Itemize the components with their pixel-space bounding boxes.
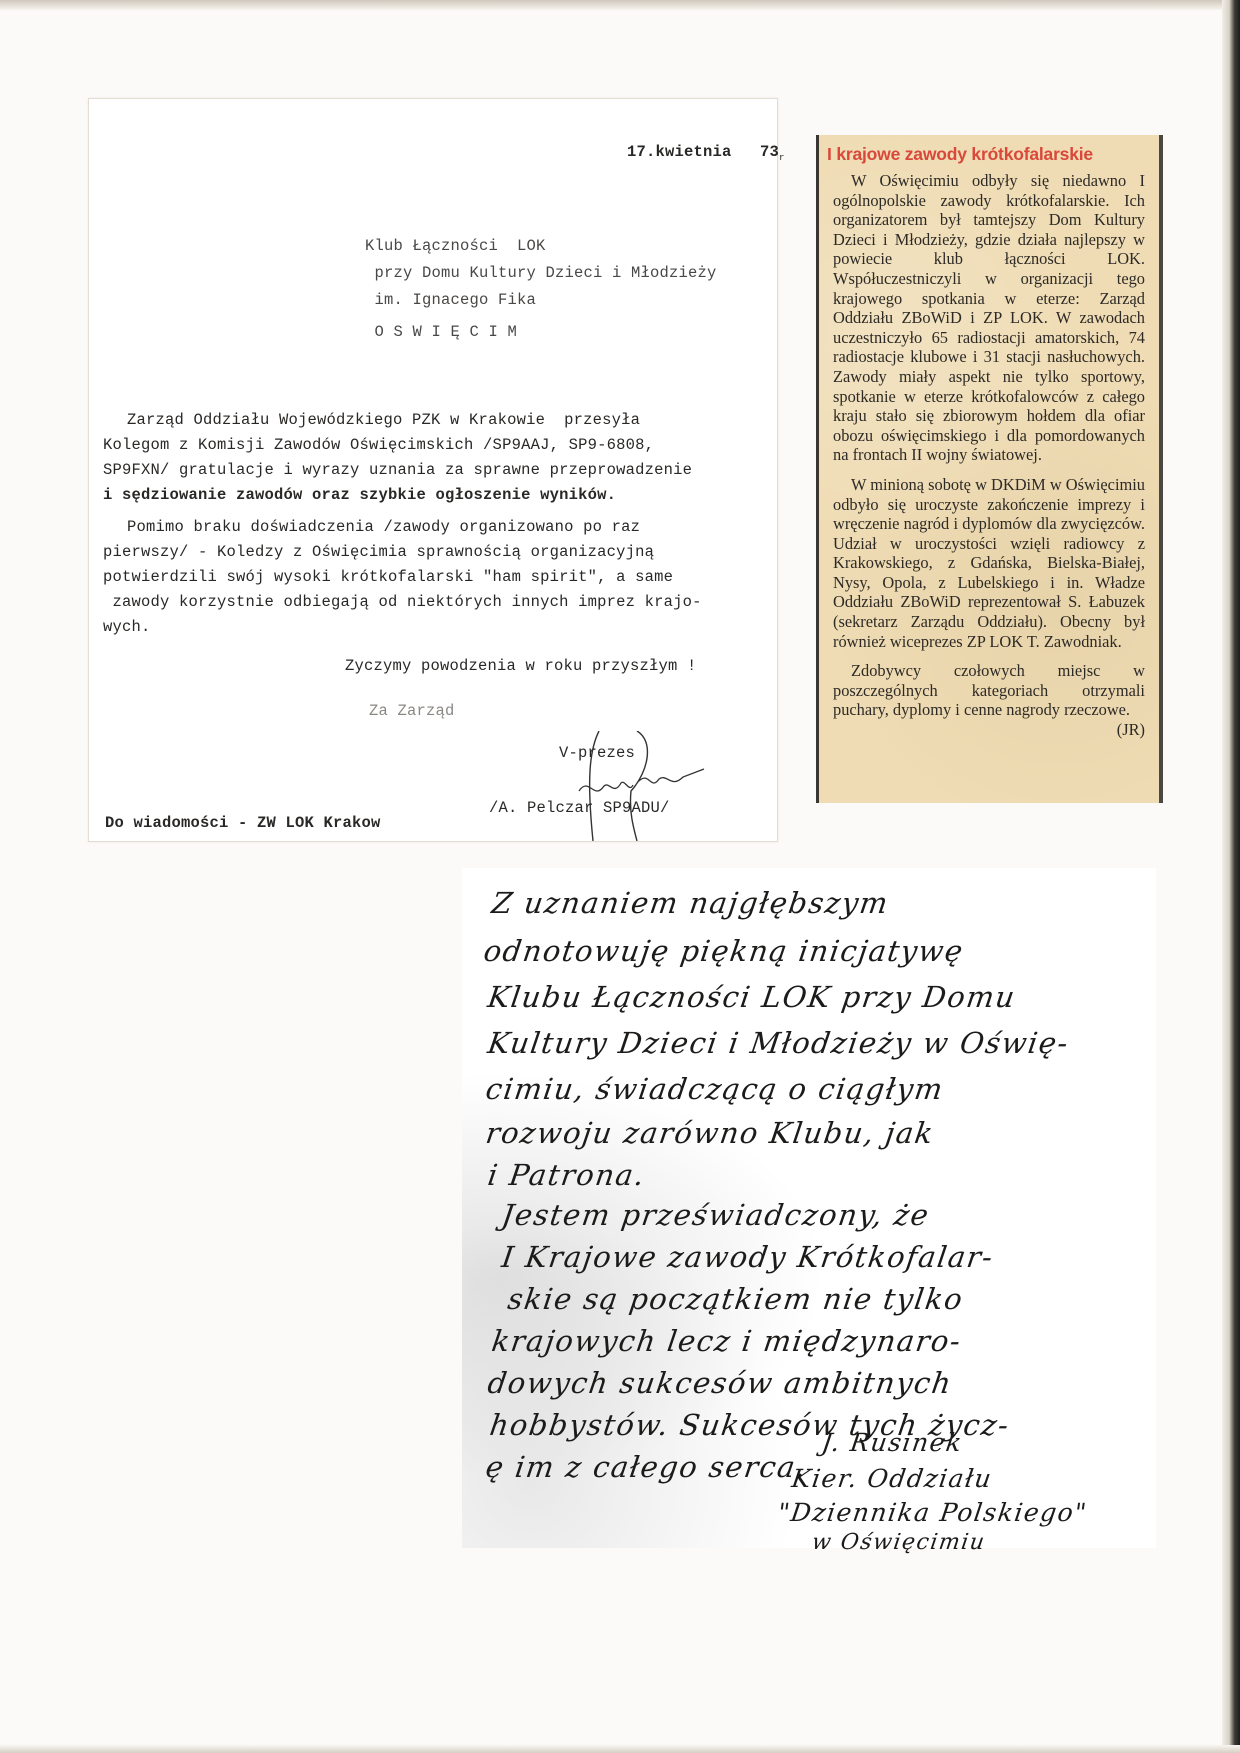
clipping-author: (JR) (1099, 720, 1145, 740)
addressee-line-1: Klub Łączności LOK (365, 237, 546, 255)
letter-body-line-8: zawody korzystnie odbiegają od niektóryc… (103, 593, 775, 611)
newspaper-clipping: I krajowe zawody krótkofalarskie W Oświę… (816, 135, 1163, 803)
note-line-14: ę im z całego serca. (484, 1450, 810, 1484)
note-signer-org: "Dziennika Polskiego" (776, 1498, 1089, 1527)
letter-body-line-4: i sędziowanie zawodów oraz szybkie ogłos… (103, 486, 775, 504)
note-line-12: dowych sukcesów ambitnych (486, 1366, 955, 1400)
note-line-11: krajowych lecz i międzynaro- (490, 1324, 964, 1358)
note-line-8: Jestem przeświadczony, że (500, 1198, 932, 1232)
clipping-paragraph-3-text: Zdobywcy czołowych miejsc w poszczególny… (833, 661, 1145, 719)
note-line-2: odnotowuję piękną inicjatywę (482, 934, 966, 968)
letter-date-text: 17.kwietnia 73 (627, 143, 779, 161)
page-edge-top (0, 0, 1240, 10)
note-signer-role: Kier. Oddziału (790, 1464, 994, 1493)
addressee-line-2: przy Domu Kultury Dzieci i Młodzieży (365, 264, 717, 282)
clipping-headline: I krajowe zawody krótkofalarskie (827, 145, 1157, 165)
letter-body-line-5: Pomimo braku doświadczenia /zawody organ… (89, 518, 761, 536)
page-edge-bottom (0, 1745, 1240, 1753)
letter-body-line-3: SP9FXN/ gratulacje i wyrazy uznania za s… (103, 461, 775, 479)
letter-closing: Zyczymy powodzenia w roku przyszłym ! (345, 657, 697, 675)
clipping-column: W Oświęcimiu odbyły się niedawno I ogóln… (833, 171, 1145, 740)
clipping-paragraph-2: W minioną sobotę w DKDiM w Oświęcimiu od… (833, 475, 1145, 651)
letter-for-board: Za Zarząd (369, 702, 455, 720)
handwritten-note: Z uznaniem najgłębszym odnotowuję piękną… (462, 868, 1156, 1548)
letter-cc: Do wiadomości - ZW LOK Krakow (105, 814, 381, 832)
letter-body-line-2: Kolegom z Komisji Zawodów Oświęcimskich … (103, 436, 775, 454)
note-line-7: i Patrona. (486, 1158, 648, 1192)
note-line-9: I Krajowe zawody Krótkofalar- (500, 1240, 996, 1274)
note-line-5: cimiu, świadczącą o ciągłym (484, 1072, 946, 1106)
note-line-3: Klubu Łączności LOK przy Domu (486, 980, 1018, 1014)
note-line-4: Kultury Dzieci i Młodzieży w Oświę- (486, 1026, 1072, 1060)
addressee-line-3: im. Ignacego Fika (365, 291, 536, 309)
letter-body-line-7: potwierdzili swój wysoki krótkofalarski … (103, 568, 775, 586)
letter-body-line-6: pierwszy/ - Koledzy z Oświęcimia sprawno… (103, 543, 775, 561)
note-line-1: Z uznaniem najgłębszym (490, 886, 892, 920)
addressee-city: O S W I Ę C I M (365, 323, 517, 341)
clipping-paragraph-3: Zdobywcy czołowych miejsc w poszczególny… (833, 661, 1145, 720)
note-signer-name: J. Rusinek (820, 1428, 965, 1457)
typed-letter: 17.kwietnia 73r Klub Łączności LOK przy … (88, 98, 778, 842)
letter-signer-name: /A. Pelczar SP9ADU/ (489, 799, 670, 817)
note-line-10: skie są początkiem nie tylko (506, 1282, 966, 1316)
letter-body-line-9: wych. (103, 618, 775, 636)
signature-scribble-icon (559, 731, 709, 841)
letter-date-suffix: r (779, 153, 785, 163)
letter-date: 17.kwietnia 73r (589, 125, 785, 181)
page-binding-edge (1222, 0, 1240, 1753)
note-signer-city: w Oświęcimiu (810, 1530, 987, 1555)
letter-body-line-1: Zarząd Oddziału Wojewódzkiego PZK w Krak… (89, 411, 761, 429)
note-line-6: rozwoju zarówno Klubu, jak (484, 1116, 937, 1150)
clipping-paragraph-1: W Oświęcimiu odbyły się niedawno I ogóln… (833, 171, 1145, 465)
